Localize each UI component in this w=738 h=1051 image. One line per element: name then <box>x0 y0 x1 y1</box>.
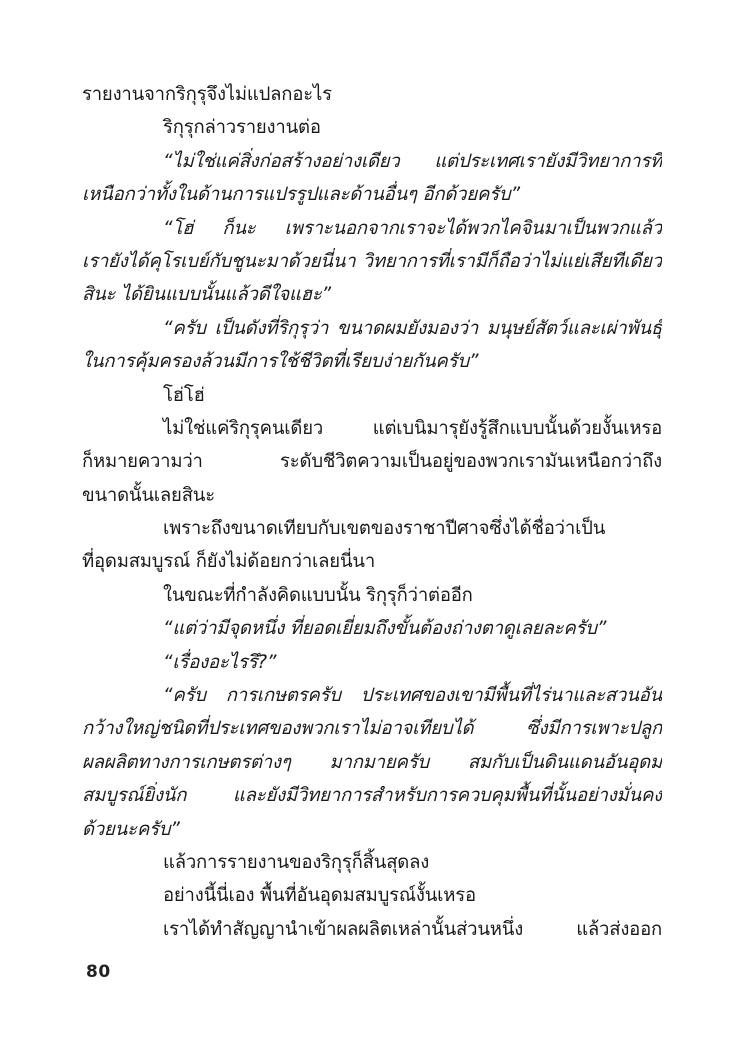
text-line: อย่างนี้นี่เอง พื้นที่อันอุดมสมบูรณ์งั้น… <box>82 879 662 912</box>
dialogue-line: ในการคุ้มครองล้วนมีการใช้ชีวิตที่เรียบง่… <box>82 345 662 378</box>
text-line: ในขณะที่กำลังคิดแบบนั้น ริกุรุก็ว่าต่ออี… <box>82 579 662 612</box>
dialogue-line: สินะ ได้ยินแบบนั้นแล้วดีใจแฮะ” <box>82 278 662 311</box>
text-line: ที่อุดมสมบูรณ์ ก็ยังไม่ด้อยกว่าเลยนี่นา <box>82 545 662 578</box>
dialogue-line: “แต่ว่ามีจุดหนึ่ง ที่ยอดเยี่ยมถึงขั้นต้อ… <box>82 612 662 645</box>
dialogue-line: “โฮ่ ก็นะ เพราะนอกจากเราจะได้พวกไคจินมาเ… <box>82 212 662 245</box>
dialogue-line: เรายังได้คุโรเบย์กับชูนะมาด้วยนี่นา วิทย… <box>82 245 662 278</box>
text-line: แล้วการรายงานของริกุรุก็สิ้นสุดลง <box>82 846 662 879</box>
dialogue-line: ด้วยนะครับ” <box>82 813 662 846</box>
page-number: 80 <box>86 962 111 982</box>
text-line: โฮ่โฮ่ <box>82 379 662 412</box>
text-line: เราได้ทำสัญญานำเข้าผลผลิตเหล่านั้นส่วนหน… <box>82 913 662 946</box>
dialogue-line: “ครับ การเกษตรครับ ประเทศของเขามีพื้นที่… <box>82 679 662 712</box>
text-line: ไม่ใช่แค่ริกุรุคนเดียว แต่เบนิมารุยังรู้… <box>82 412 662 445</box>
dialogue-line: กว้างใหญ่ชนิดที่ประเทศของพวกเราไม่อาจเที… <box>82 712 662 745</box>
text-line: เพราะถึงขนาดเทียบกับเขตของราชาปีศาจซึ่งไ… <box>82 512 662 545</box>
text-line: ก็หมายความว่า ระดับชีวิตความเป็นอยู่ของพ… <box>82 445 662 478</box>
dialogue-line: สมบูรณ์ยิ่งนัก และยังมีวิทยาการสำหรับการ… <box>82 779 662 812</box>
dialogue-line: เหนือกว่าทั้งในด้านการแปรรูปและด้านอื่นๆ… <box>82 178 662 211</box>
text-line: รายงานจากริกุรุจึงไม่แปลกอะไร <box>82 78 662 111</box>
page-body: รายงานจากริกุรุจึงไม่แปลกอะไร ริกุรุกล่า… <box>82 78 662 946</box>
text-line: ขนาดนั้นเลยสินะ <box>82 479 662 512</box>
text-line: ริกุรุกล่าวรายงานต่อ <box>82 111 662 144</box>
dialogue-line: “ครับ เป็นดังที่ริกุรุว่า ขนาดผมยังมองว่… <box>82 312 662 345</box>
dialogue-line: ผลผลิตทางการเกษตรต่างๆ มากมายครับ สมกับเ… <box>82 746 662 779</box>
dialogue-line: “เรื่องอะไรรึ?” <box>82 646 662 679</box>
dialogue-line: “ไม่ใช่แค่สิ่งก่อสร้างอย่างเดียว แต่ประเ… <box>82 145 662 178</box>
